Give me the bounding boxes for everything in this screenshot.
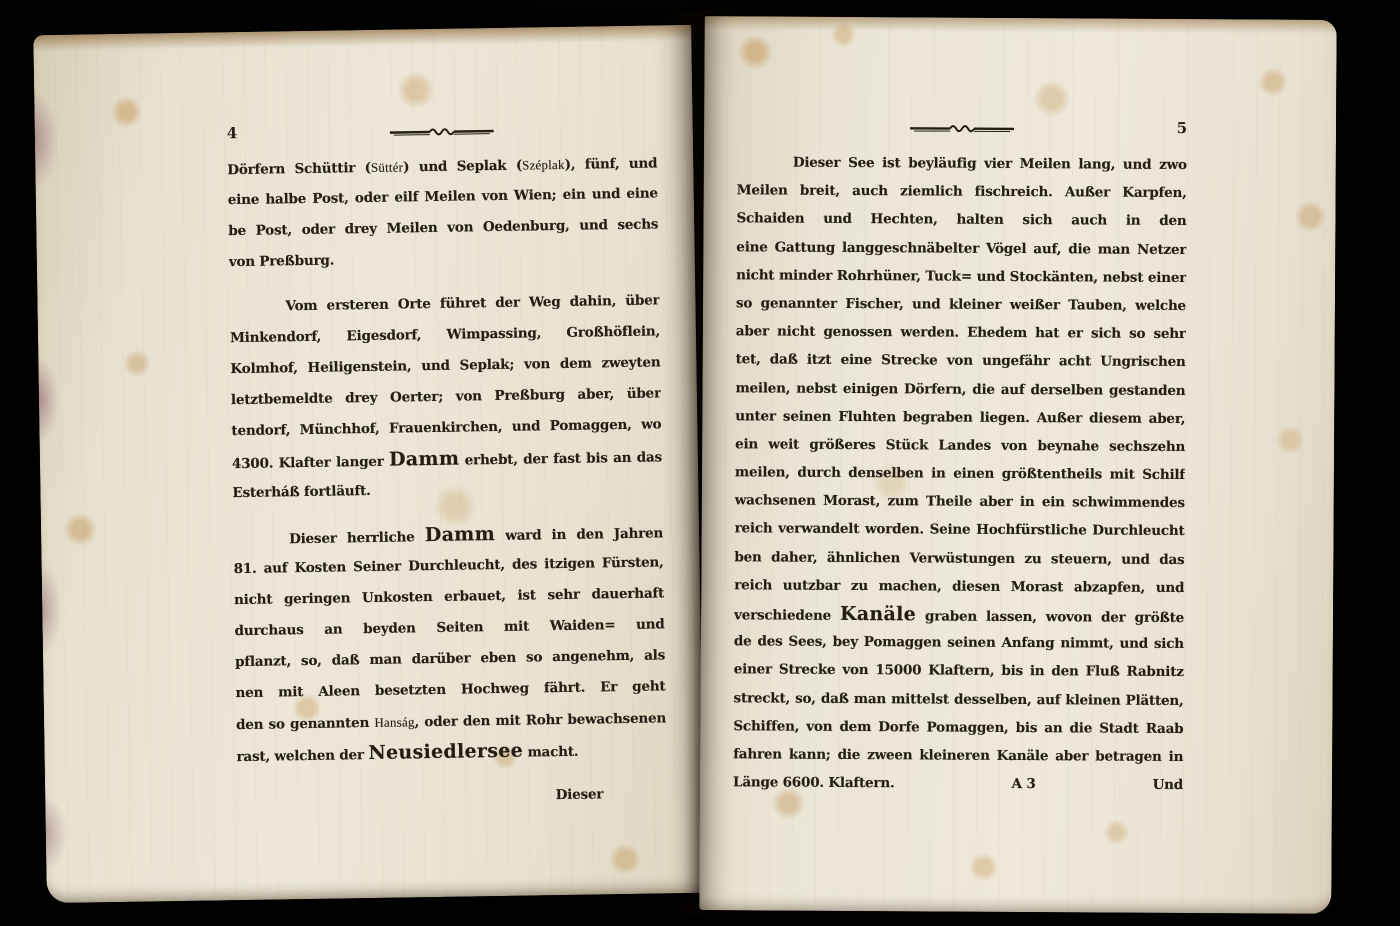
text-line: unter seinen Fluhten begraben liegen. Au…	[735, 402, 1185, 433]
text-segment: Damm	[389, 448, 460, 471]
text-line: wachsenen Morast, zum Theile aber in ein…	[735, 487, 1185, 518]
header-rule-ornament-icon	[390, 122, 494, 143]
text-segment: Dieser herrliche	[289, 529, 425, 547]
text-segment: rast, welchen der	[236, 747, 368, 765]
text-segment: unter seinen Fluhten begraben liegen. Au…	[735, 408, 1185, 433]
text-segment: nicht minder Rohrhüner, Tuck= und Stockä…	[736, 267, 1186, 292]
text-line: ben daher, ähnlichen Verwüstungen zu ste…	[734, 543, 1184, 574]
catchword: Dieser	[555, 779, 603, 811]
text-segment: wachsenen Morast, zum Theile aber in ein…	[735, 493, 1185, 518]
text-segment: von Preßburg.	[229, 253, 335, 271]
page-number-left: 4	[227, 124, 238, 142]
text-line: verschiedene Kanäle graben lassen, wovon…	[734, 599, 1184, 630]
text-segment: macht.	[523, 744, 579, 761]
text-segment: einer Strecke von 15000 Klaftern, bis in…	[734, 662, 1184, 687]
text-line: Esterháß fortläuft.	[232, 471, 662, 509]
text-segment: Süttér	[371, 159, 403, 175]
text-line: reich uutzbar zu machen, diesen Morast a…	[734, 571, 1184, 602]
left-page: 4 Dörfern Schüttir (Süttér) und Seplak (…	[33, 25, 705, 903]
text-segment: fahren kann; die zween kleineren Kanäle …	[733, 746, 1183, 771]
running-head-right: 5	[737, 114, 1187, 139]
text-line: Dieser See ist beyläufig vier Meilen lan…	[737, 148, 1187, 179]
text-segment: ein weit größeres Stück Landes von beyna…	[735, 436, 1185, 461]
text-line: aber nicht genossen werden. Ehedem hat e…	[736, 317, 1186, 348]
text-segment: reich verwandelt worden. Seine Hochfürst…	[735, 521, 1185, 546]
signature-mark: A 3	[1011, 770, 1035, 798]
text-segment: aber nicht genossen werden. Ehedem hat e…	[736, 323, 1186, 348]
text-line: ein weit größeres Stück Landes von beyna…	[735, 430, 1185, 461]
text-line: Schaiden und Hechten, halten sich auch i…	[736, 205, 1186, 236]
text-segment: Meilen breit, auch ziemlich fischreich. …	[737, 182, 1187, 207]
catchword: Und	[1035, 770, 1183, 799]
text-segment: Neusiedlersee	[368, 740, 523, 764]
text-line: fahren kann; die zween kleineren Kanäle …	[733, 740, 1183, 771]
text-line: rast, welchen der Neusiedlersee macht.	[236, 733, 666, 771]
text-segment: Esterháß fortläuft.	[232, 483, 370, 501]
text-block-right: Dieser See ist beyläufig vier Meilen lan…	[733, 148, 1187, 799]
text-segment: streckt, so, daß man mittelst desselben,…	[733, 690, 1183, 715]
text-segment: Hanság	[374, 714, 414, 730]
footer-line-right: Länge 6600. Klaftern. A 3 Und	[733, 768, 1183, 799]
paragraph: Dieser herrliche Damm ward in den Jahren…	[233, 516, 667, 771]
paragraph: Dörfern Schüttir (Süttér) und Seplak (Sz…	[227, 147, 659, 278]
text-line: nicht minder Rohrhüner, Tuck= und Stockä…	[736, 261, 1186, 292]
text-line: de des Sees, bey Pomaggen seinen Anfang …	[734, 627, 1184, 658]
footer-last-words: Länge 6600. Klaftern.	[733, 768, 1012, 798]
text-segment: Kanäle	[840, 603, 916, 625]
text-segment: Dieser See ist beyläufig vier Meilen lan…	[793, 155, 1187, 173]
text-line: Meilen breit, auch ziemlich fischreich. …	[737, 176, 1187, 207]
text-segment: ben daher, ähnlichen Verwüstungen zu ste…	[734, 549, 1184, 574]
text-segment: Schiffen, von dem Dorfe Pomaggen, bis an…	[733, 718, 1183, 737]
right-page: 5 Dieser See ist beyläufig vier Meilen l…	[699, 16, 1336, 914]
paragraphs-right: Dieser See ist beyläufig vier Meilen lan…	[733, 148, 1187, 771]
page-number-right: 5	[1177, 117, 1188, 139]
text-segment: so genannter Fischer, und kleiner weißer…	[736, 295, 1186, 320]
text-line: Schiffen, von dem Dorfe Pomaggen, bis an…	[733, 712, 1183, 743]
text-line: tet, daß itzt eine Strecke von ungefähr …	[736, 346, 1186, 377]
paragraph: Vom ersteren Orte führet der Weg dahin, …	[229, 285, 662, 509]
text-segment: meilen, nebst einigen Dörfern, die auf d…	[735, 380, 1185, 405]
text-line: streckt, so, daß man mittelst desselben,…	[733, 684, 1183, 715]
paragraphs-left: Dörfern Schüttir (Süttér) und Seplak (Sz…	[227, 147, 667, 771]
text-segment: Széplak	[522, 157, 565, 173]
text-segment: reich uutzbar zu machen, diesen Morast a…	[734, 577, 1184, 596]
text-line: so genannter Fischer, und kleiner weißer…	[736, 289, 1186, 320]
text-segment: 4300. Klafter langer	[232, 454, 389, 472]
text-block-left: Dörfern Schüttir (Süttér) und Seplak (Sz…	[227, 147, 667, 816]
text-segment: Dörfern Schüttir (	[227, 160, 371, 178]
text-segment: meilen, durch denselben in einen größten…	[735, 464, 1185, 489]
text-segment: eine Gattung langgeschnäbelter Vögel auf…	[736, 239, 1186, 264]
text-segment: de des Sees, bey Pomaggen seinen Anfang …	[734, 633, 1184, 658]
header-rule-ornament-icon	[910, 119, 1014, 139]
text-segment: den so genannten	[236, 715, 375, 733]
text-segment: Damm	[425, 523, 496, 546]
text-line: meilen, nebst einigen Dörfern, die auf d…	[735, 374, 1185, 405]
text-line: reich verwandelt worden. Seine Hochfürst…	[735, 515, 1185, 546]
text-segment: verschiedene	[734, 607, 840, 624]
paragraph: Dieser See ist beyläufig vier Meilen lan…	[733, 148, 1187, 771]
text-line: eine Gattung langgeschnäbelter Vögel auf…	[736, 233, 1186, 264]
text-segment: Schaiden und Hechten, halten sich auch i…	[736, 211, 1186, 236]
text-segment: ) und Seplak (	[403, 158, 522, 176]
text-line: von Preßburg.	[229, 240, 659, 278]
text-segment: tet, daß itzt eine Strecke von ungefähr …	[736, 352, 1186, 377]
text-line: meilen, durch denselben in einen größten…	[735, 458, 1185, 489]
catchword-row-left: Dieser	[237, 778, 667, 816]
text-line: einer Strecke von 15000 Klaftern, bis in…	[734, 656, 1184, 687]
text-segment: ), fünf, und	[565, 155, 658, 172]
running-head-left: 4	[227, 115, 657, 144]
